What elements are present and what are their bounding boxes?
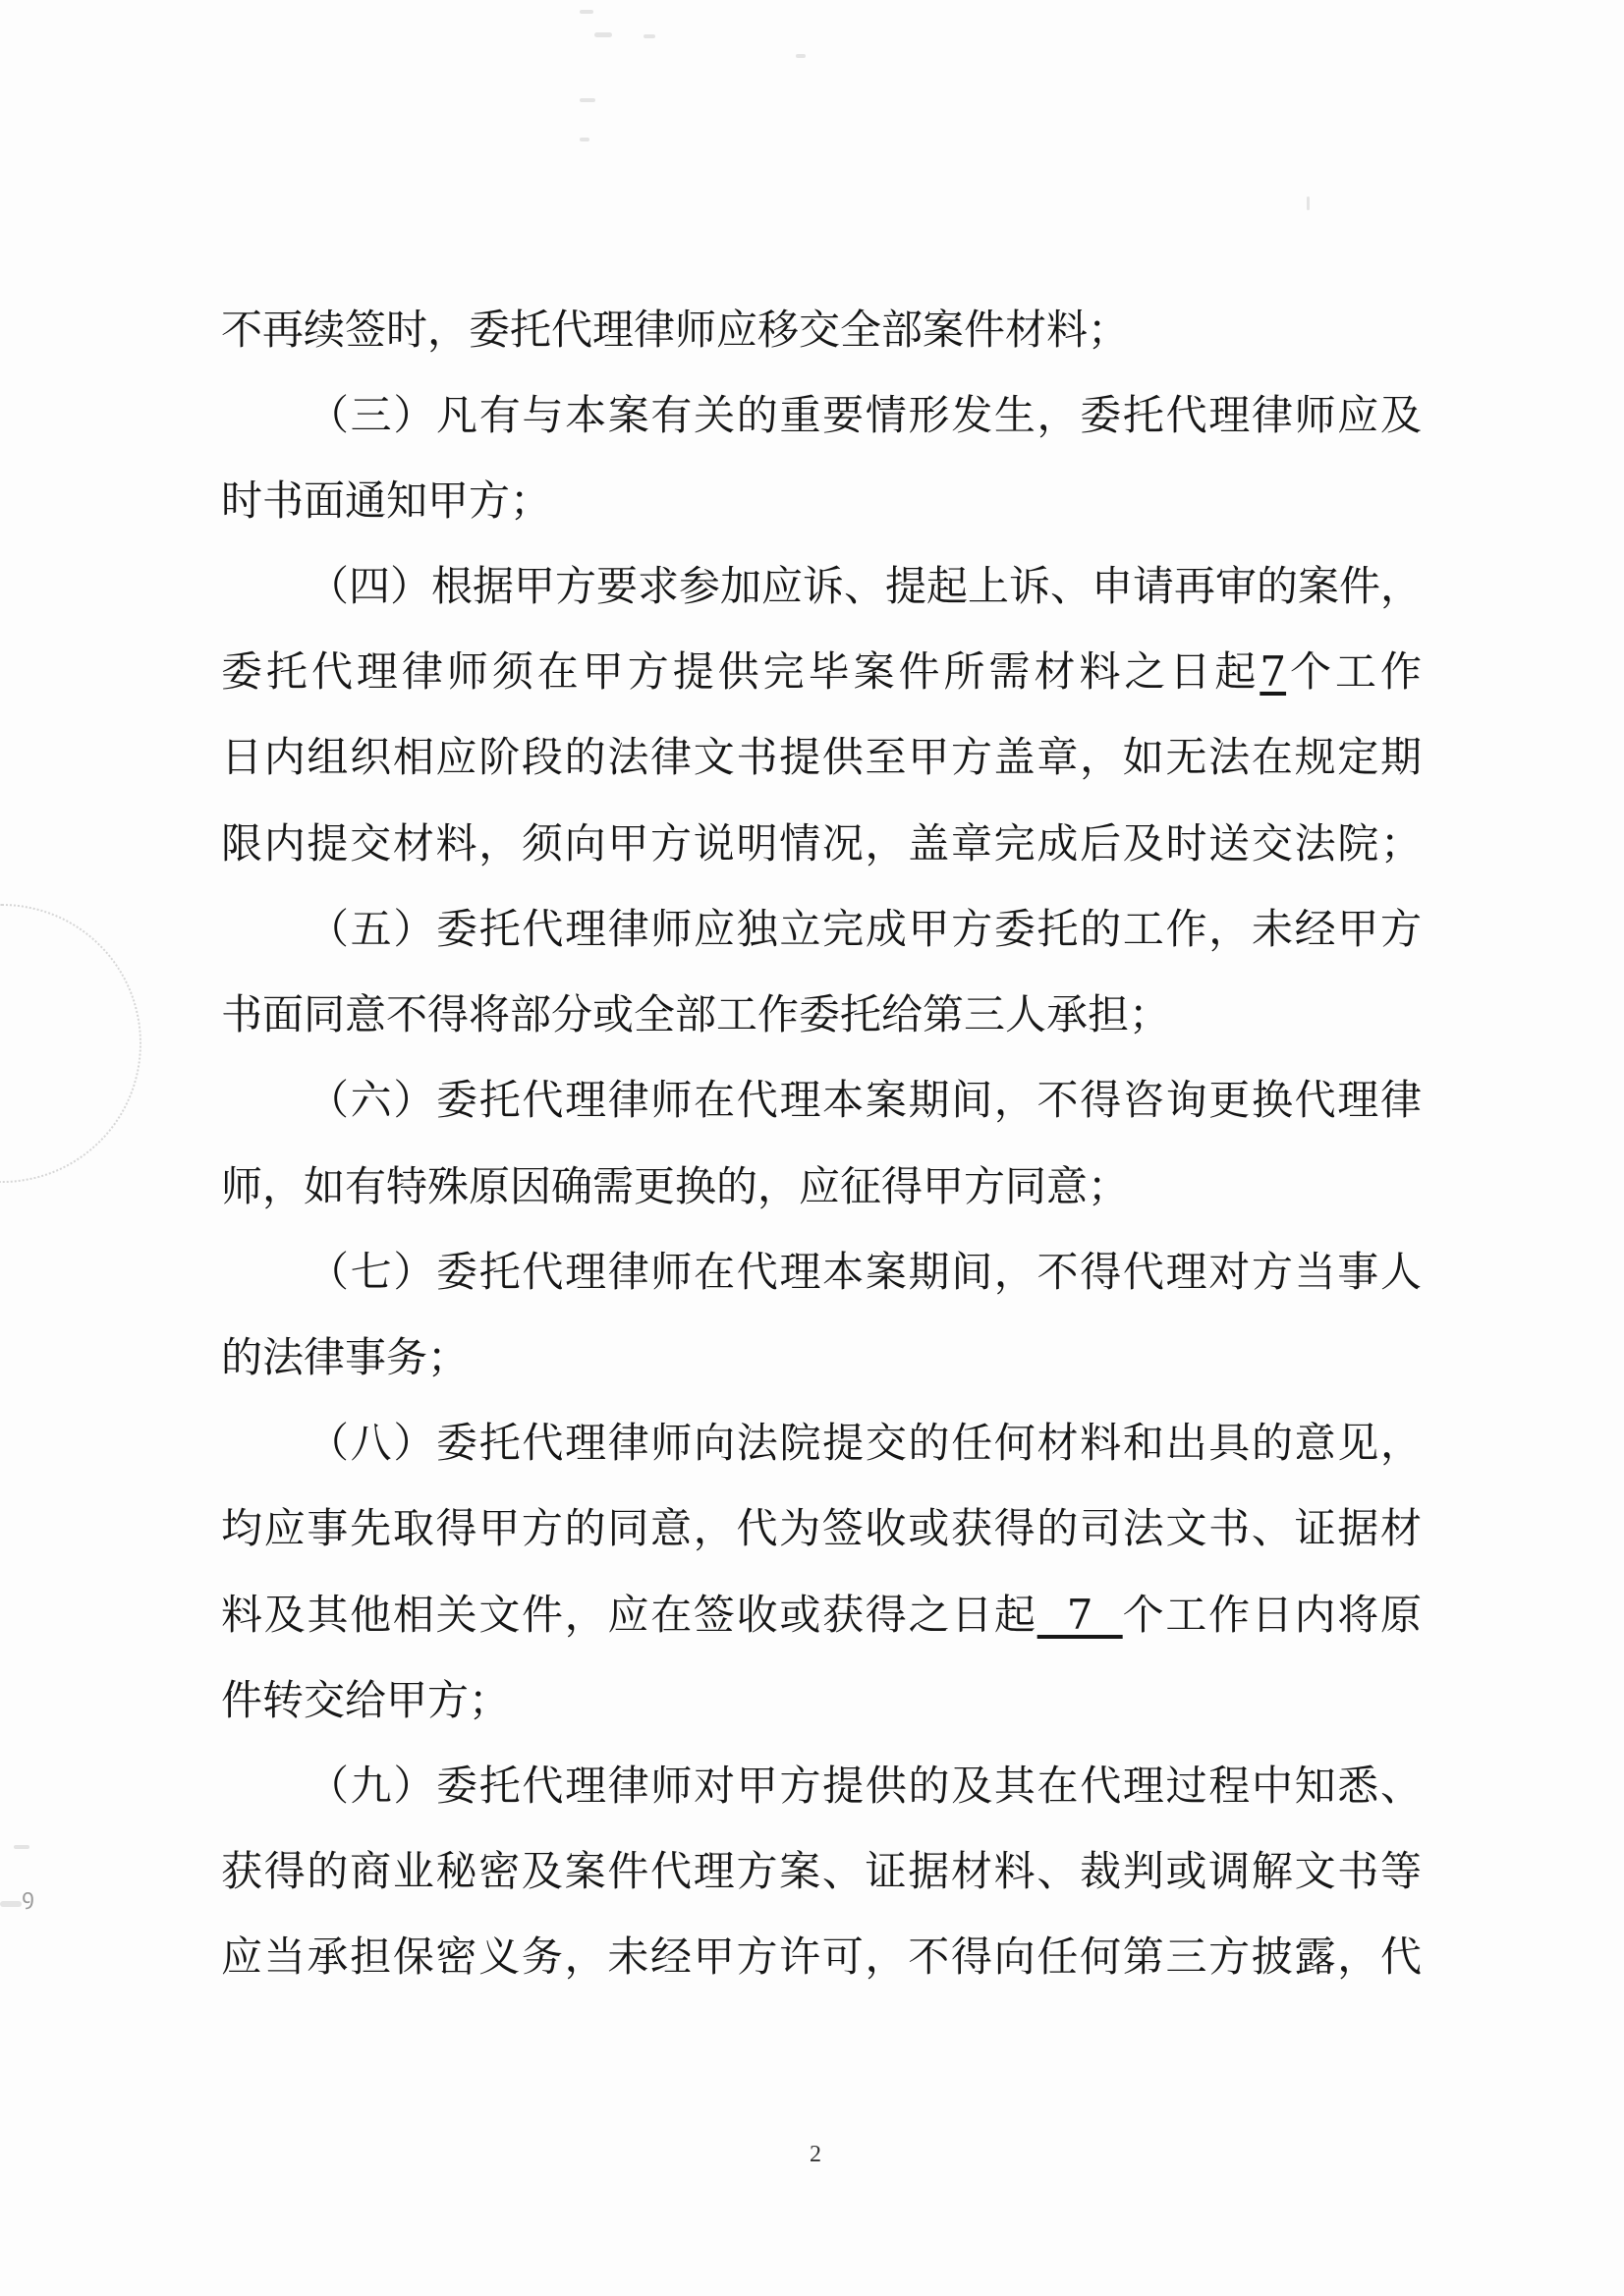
show-through-mark <box>644 34 655 38</box>
text-segment: 个工作日内将原 <box>1123 1591 1422 1639</box>
show-through-mark <box>594 32 612 37</box>
show-through-mark <box>580 98 595 102</box>
text-line: 委托代理律师须在甲方提供完毕案件所需材料之日起7个工作 <box>221 644 1422 700</box>
scan-mark <box>14 1845 29 1849</box>
text-segment: 个工作 <box>1286 647 1422 696</box>
text-line: （八）委托代理律师向法院提交的任何材料和出具的意见， <box>308 1416 1422 1471</box>
show-through-mark <box>580 10 593 14</box>
show-through-mark <box>796 54 806 58</box>
text-line: 日内组织相应阶段的法律文书提供至甲方盖章，如无法在规定期 <box>221 730 1422 785</box>
text-line: 料及其他相关文件，应在签收或获得之日起 7 个工作日内将原 <box>221 1588 1422 1643</box>
text-line: （五）委托代理律师应独立完成甲方委托的工作，未经甲方 <box>308 902 1422 957</box>
text-line: （九）委托代理律师对甲方提供的及其在代理过程中知悉、 <box>308 1759 1422 1814</box>
scan-mark: ꝯ <box>22 1881 34 1911</box>
text-segment: 委托代理律师须在甲方提供完毕案件所需材料之日起 <box>221 647 1260 696</box>
show-through-mark <box>1307 196 1310 210</box>
document-page: ꝯ 不再续签时，委托代理律师应移交全部案件材料； （三）凡有与本案有关的重要情形… <box>0 0 1624 2296</box>
text-line: 限内提交材料，须向甲方说明情况，盖章完成后及时送交法院； <box>221 816 1422 871</box>
text-line: 应当承担保密义务，未经甲方许可，不得向任何第三方披露，代 <box>221 1930 1422 1985</box>
show-through-mark <box>580 138 589 141</box>
text-line: 均应事先取得甲方的同意，代为签收或获得的司法文书、证据材 <box>221 1501 1422 1556</box>
scan-mark <box>0 1901 22 1907</box>
text-line: （四）根据甲方要求参加应诉、提起上诉、申请再审的案件， <box>308 559 1422 614</box>
page-number: 2 <box>801 2142 830 2168</box>
text-line: 不再续签时，委托代理律师应移交全部案件材料； <box>221 303 1422 358</box>
text-line: 书面同意不得将部分或全部工作委托给第三人承担； <box>221 987 1422 1042</box>
text-segment: 料及其他相关文件，应在签收或获得之日起 <box>221 1591 1037 1639</box>
text-line: （三）凡有与本案有关的重要情形发生，委托代理律师应及 <box>308 388 1422 443</box>
text-line: 师，如有特殊原因确需更换的，应征得甲方同意； <box>221 1159 1422 1214</box>
underlined-days-value: 7 <box>1037 1591 1123 1639</box>
text-line: 时书面通知甲方； <box>221 474 1422 529</box>
text-line: （七）委托代理律师在代理本案期间，不得代理对方当事人 <box>308 1245 1422 1300</box>
text-line: 的法律事务； <box>221 1330 1422 1385</box>
underlined-days-value: 7 <box>1260 647 1286 696</box>
text-line: 获得的商业秘密及案件代理方案、证据材料、裁判或调解文书等 <box>221 1844 1422 1899</box>
stamp-ghost <box>0 904 141 1183</box>
text-line: （六）委托代理律师在代理本案期间，不得咨询更换代理律 <box>308 1073 1422 1128</box>
text-line: 件转交给甲方； <box>221 1673 1422 1728</box>
